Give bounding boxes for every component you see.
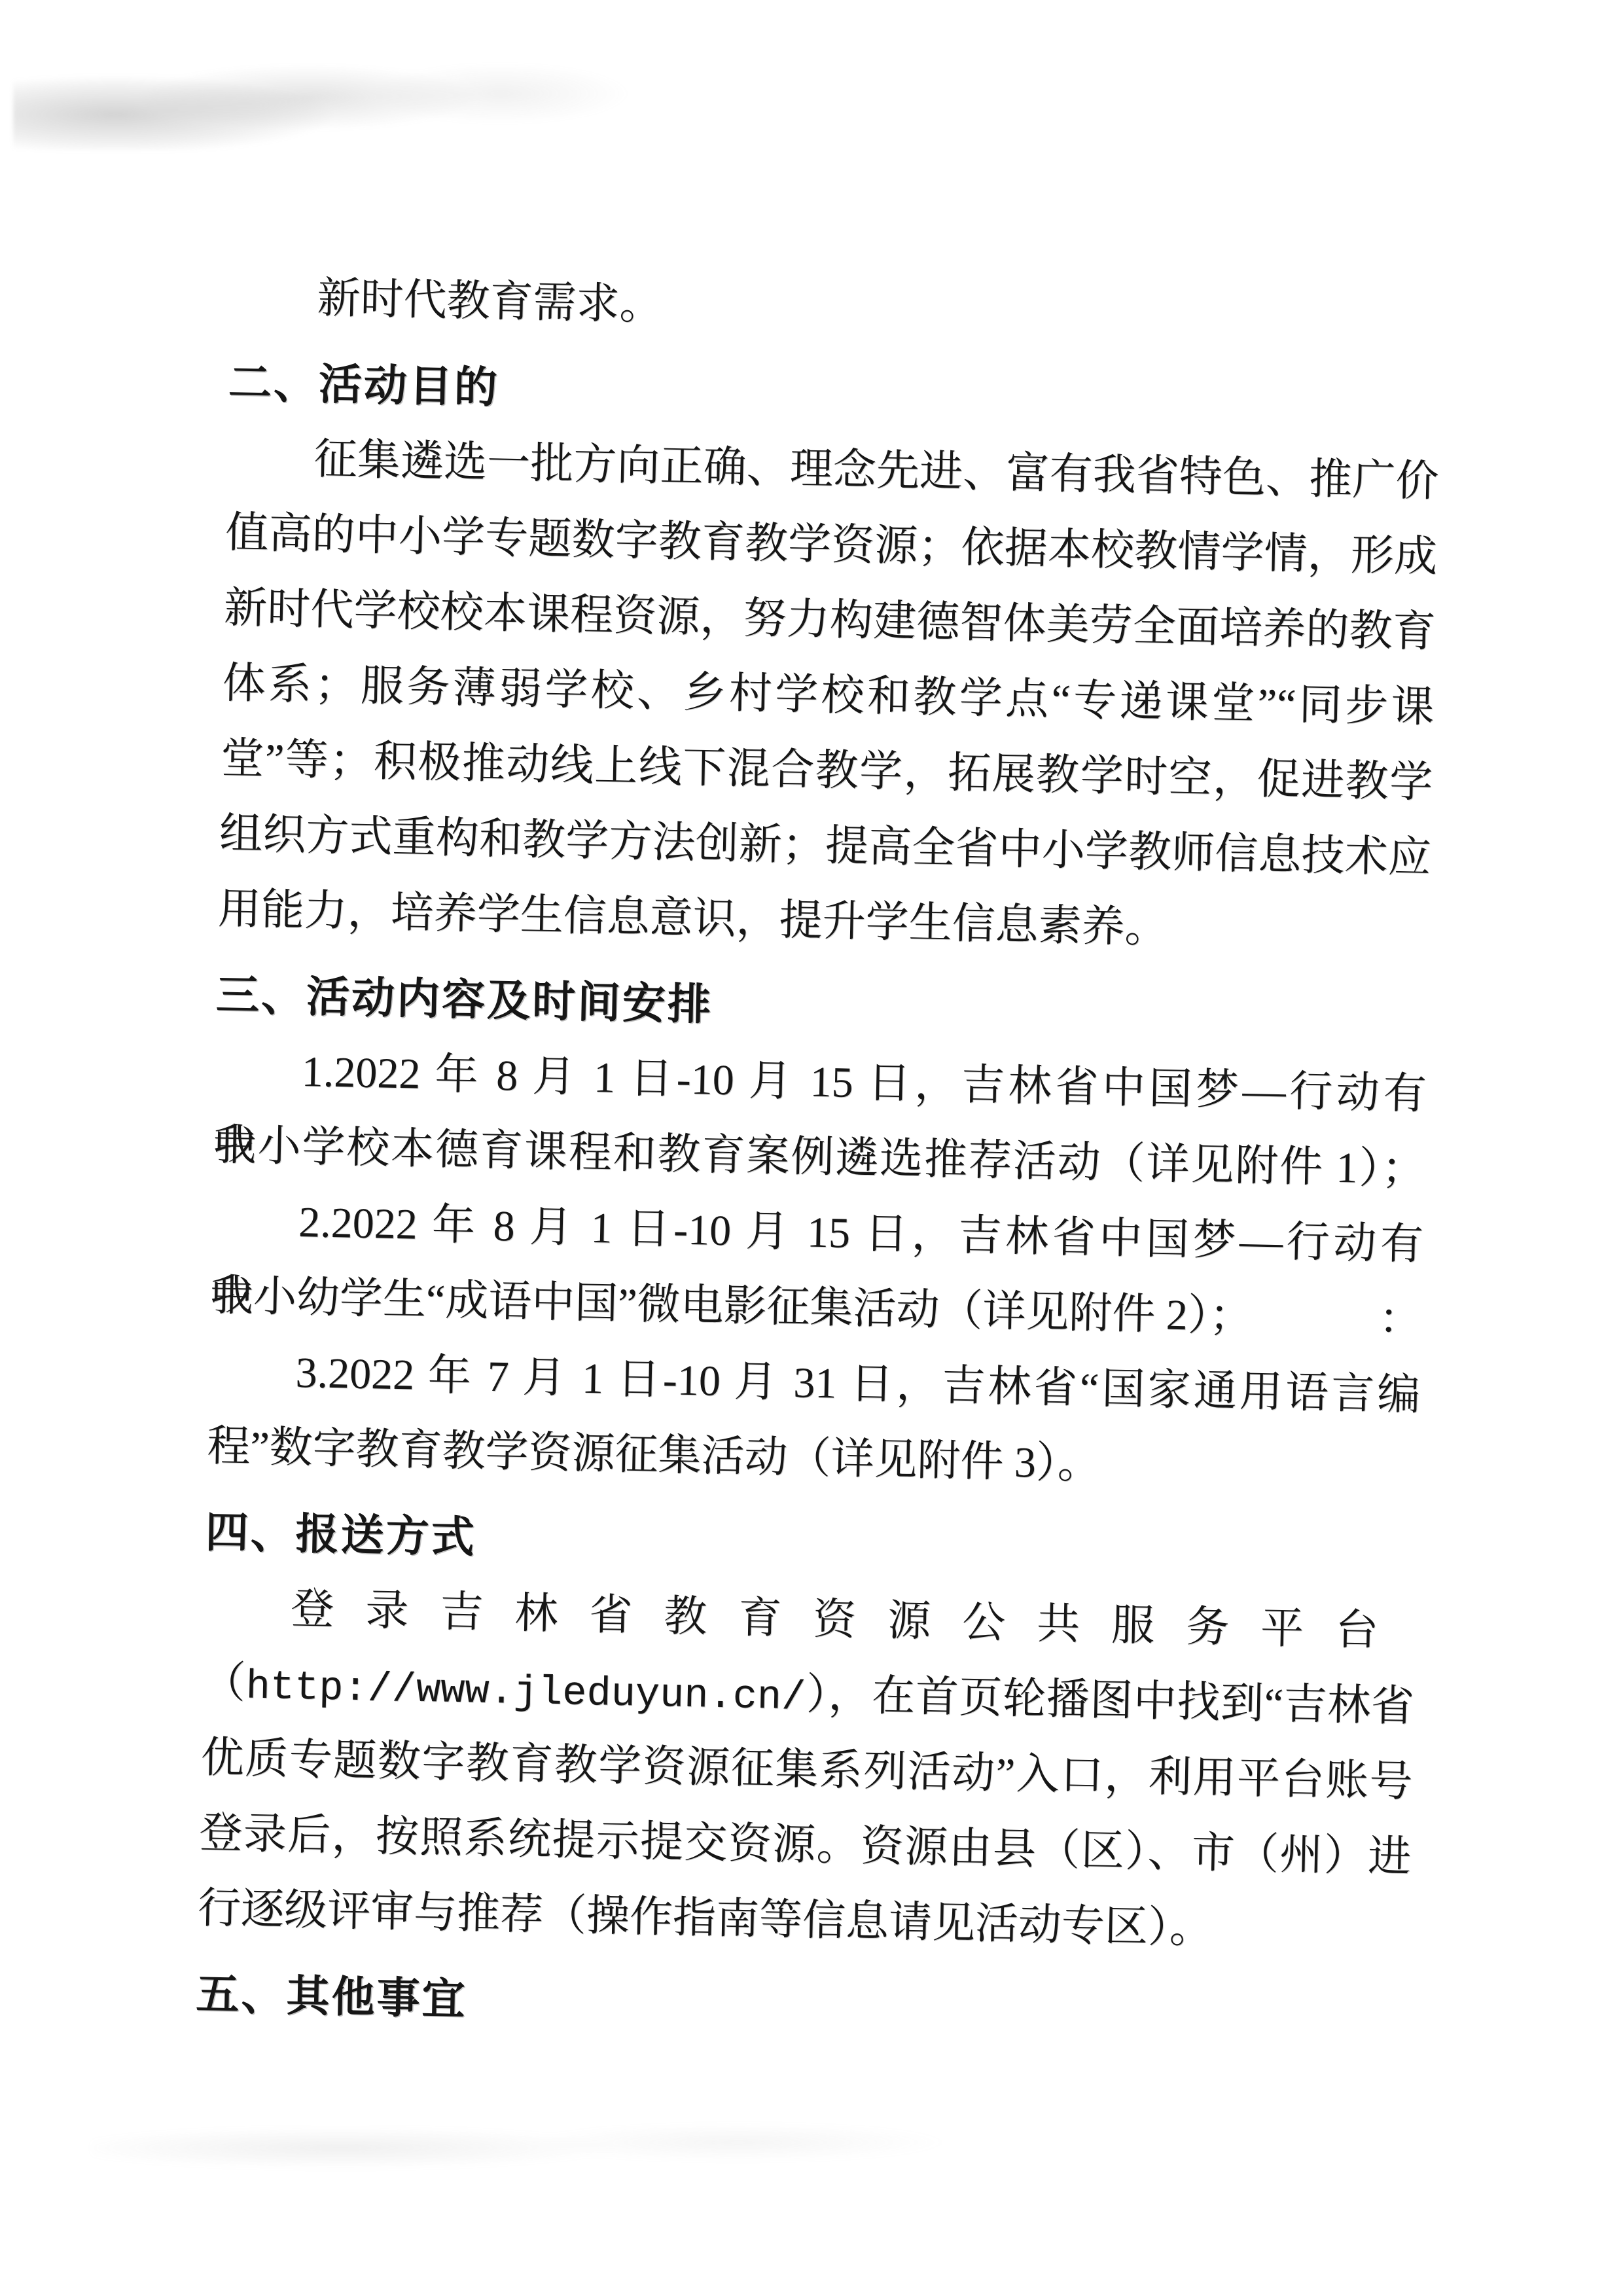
text-line: 新时代教育需求。 bbox=[230, 259, 1443, 359]
document-text-block: 新时代教育需求。 二、活动目的 征集遴选一批方向正确、理念先进、富有我省特色、推… bbox=[195, 259, 1442, 2056]
platform-url: http://www.jleduyun.cn/ bbox=[245, 1664, 806, 1721]
scanned-document-page: 新时代教育需求。 二、活动目的 征集遴选一批方向正确、理念先进、富有我省特色、推… bbox=[0, 0, 1623, 2296]
url-open-paren: （ bbox=[202, 1659, 246, 1707]
scan-smudge-top bbox=[13, 56, 654, 151]
heading-5-other-matters: 五、其他事宜 bbox=[195, 1956, 1408, 2056]
scan-smudge-bottom bbox=[92, 2117, 1086, 2173]
url-line-tail: ），在首页轮播图中找到“吉林省 bbox=[806, 1671, 1415, 1731]
